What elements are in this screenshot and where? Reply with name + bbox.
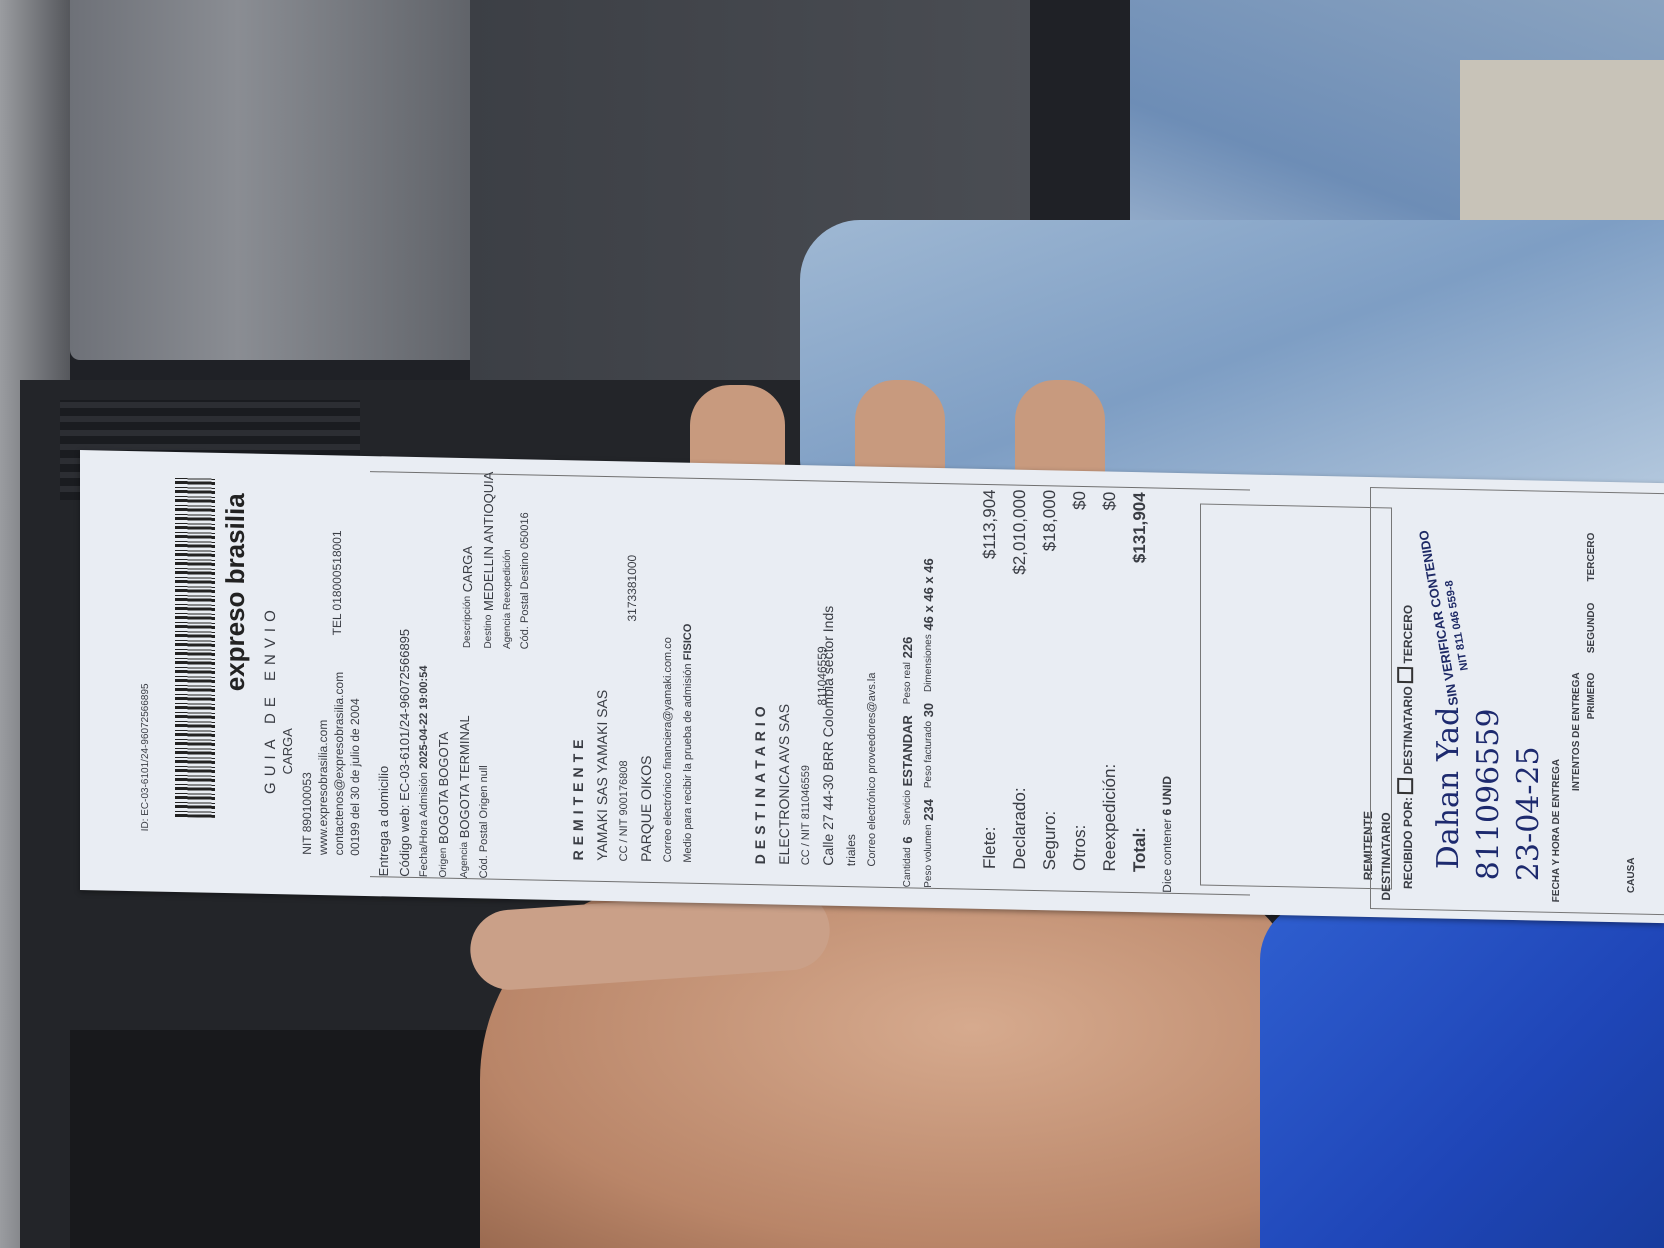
billed-weight-value: 30 [921, 703, 936, 718]
delivery-date-label: FECHA Y HORA DE ENTREGA [1551, 758, 1562, 902]
sender-phone: 3173381000 [625, 501, 639, 621]
handwritten-date: 23-04-25 [1511, 746, 1546, 882]
vol-weight-value: 234 [921, 799, 936, 821]
service-text: Entrega a domicilio [376, 476, 391, 876]
charge-value-flete: $113,904 [980, 489, 1000, 559]
sender-signature-box: REMITENTE [1200, 503, 1392, 889]
sender-id: 900176808 [618, 760, 630, 815]
recipient-email: proveedores@avs.la [866, 672, 878, 773]
real-weight-value: 226 [900, 637, 915, 659]
proof-label: Medio para recibir la prueba de admisión [682, 663, 694, 863]
received-by-label: RECIBIDO POR: [1401, 797, 1415, 889]
postal-dest-label: Cód. Postal Destino [519, 552, 531, 649]
real-weight-label: Peso real [902, 662, 913, 704]
admission-date: 2025-04-22 19:00:54 [418, 665, 430, 769]
vol-weight-label: Peso volumen [923, 824, 934, 888]
destination-value: MEDELLIN ANTIOQUIA [481, 471, 496, 611]
dimensions-label: Dimensiones [923, 634, 934, 692]
contents-value: 6 UNID [1160, 776, 1174, 816]
agency-label: Agencia [459, 842, 470, 878]
company-resolution: 00199 del 30 de julio de 2004 [348, 496, 362, 856]
attempt-third: TERCERO [1586, 533, 1597, 582]
charge-label-reexpedicion: Reexpedición: [1100, 764, 1120, 872]
shipping-waybill: ID: EC-03-6101/24-96072566895 expreso br… [80, 450, 1664, 923]
barcode [175, 477, 215, 818]
cause-label: CAUSA [1626, 858, 1637, 894]
recipient-phone: 811046559 [815, 585, 829, 705]
recipient-signature-box: DESTINATARIO RECIBIDO POR: DESTINATARIO … [1370, 487, 1664, 915]
type-label: Descripción [462, 596, 473, 648]
checkbox-destinatario[interactable] [1397, 777, 1413, 793]
charge-label-total: Total: [1130, 827, 1150, 872]
dimensions-value: 46 x 46 x 46 [921, 558, 936, 631]
sender-id-label: CC / NIT [618, 818, 630, 861]
charge-value-declarado: $2,010,000 [1010, 489, 1030, 575]
dashboard-panel [70, 0, 490, 360]
dest-agency: Agencia Reexpedición [502, 479, 513, 649]
charge-value-otros: $0 [1070, 491, 1090, 510]
destination-info: Descripción CARGA Destino MEDELLIN ANTIO… [460, 478, 531, 649]
destination-label: Destino [483, 615, 494, 649]
checkbox-tercero[interactable] [1397, 666, 1413, 682]
service-label: Servicio [902, 790, 913, 826]
proof-value: FISICO [682, 624, 694, 661]
postal-dest-value: 050016 [519, 512, 531, 549]
company-phone: TEL 018000518001 [330, 475, 344, 635]
doc-subtype: CARGA [280, 574, 295, 774]
agency-value: BOGOTA TERMINAL [457, 715, 472, 838]
handwritten-id: 811096559 [1471, 708, 1506, 881]
origin-value: BOGOTA BOGOTA [436, 732, 451, 845]
sender-name: YAMAKI SAS YAMAKI SAS [594, 521, 610, 861]
attempts-label: INTENTOS DE ENTREGA [1571, 672, 1582, 791]
package-section: Cantidad 6 Servicio ESTANDAR Peso real 2… [900, 487, 936, 888]
date-label: Fecha/Hora Admisión [418, 772, 430, 877]
attempt-second: SEGUNDO [1586, 603, 1597, 654]
radio-controls [70, 1030, 490, 1248]
charge-value-total: $131,904 [1130, 492, 1150, 563]
contents-label: Dice contener [1160, 819, 1174, 893]
blue-sleeve [1260, 900, 1664, 1248]
type-value: CARGA [460, 546, 475, 593]
charges-section: Flete:$113,904 Declarado:$2,010,000 Segu… [980, 489, 1174, 893]
postal-origin-value: null [478, 765, 490, 782]
recipient-id-label: CC / NIT [800, 822, 812, 865]
quantity-label: Cantidad [902, 847, 913, 887]
sender-title: REMITENTE [570, 520, 586, 860]
company-nit: NIT 890100053 [300, 495, 314, 855]
quantity-value: 6 [900, 836, 915, 844]
service-value: ESTANDAR [900, 715, 915, 787]
recipient-email-label: Correo electrónico [866, 777, 878, 867]
recipient-box-label: DESTINATARIO [1379, 812, 1393, 901]
recipient-name: ELECTRONICA AVS SAS [776, 525, 792, 865]
handwritten-name: Dahan Yad [1431, 707, 1466, 870]
charge-value-seguro: $18,000 [1040, 490, 1060, 552]
company-website: www.expresobrasilia.com [316, 495, 330, 855]
charge-label-declarado: Declarado: [1010, 787, 1030, 870]
doc-type: GUIA DE ENVIO [262, 534, 279, 794]
recipient-address-2: triales [844, 526, 858, 866]
option-destinatario: DESTINATARIO [1401, 686, 1415, 775]
origin-label: Origen [438, 847, 449, 877]
charge-label-otros: Otros: [1070, 824, 1090, 871]
charge-value-reexpedicion: $0 [1100, 491, 1120, 510]
option-tercero: TERCERO [1401, 604, 1415, 663]
sender-address: PARQUE OIKOS [638, 522, 654, 862]
billed-weight-label: Peso facturado [923, 721, 934, 788]
attempt-first: PRIMERO [1586, 673, 1597, 720]
company-logo: expreso brasilia [220, 493, 251, 692]
recipient-id: 811046559 [800, 765, 812, 820]
charge-label-seguro: Seguro: [1040, 811, 1060, 871]
sender-email: financiera@yamaki.com.co [662, 637, 674, 769]
charge-label-flete: Flete: [980, 826, 1000, 869]
postal-origin-label: Cód. Postal Origen [478, 785, 490, 878]
sender-email-label: Correo electrónico [662, 772, 674, 862]
web-code: Código web: EC-03-6101/24-96072566895 [397, 477, 412, 877]
barcode-text: ID: EC-03-6101/24-96072566895 [140, 511, 151, 831]
recipient-title: DESTINATARIO [752, 524, 768, 864]
